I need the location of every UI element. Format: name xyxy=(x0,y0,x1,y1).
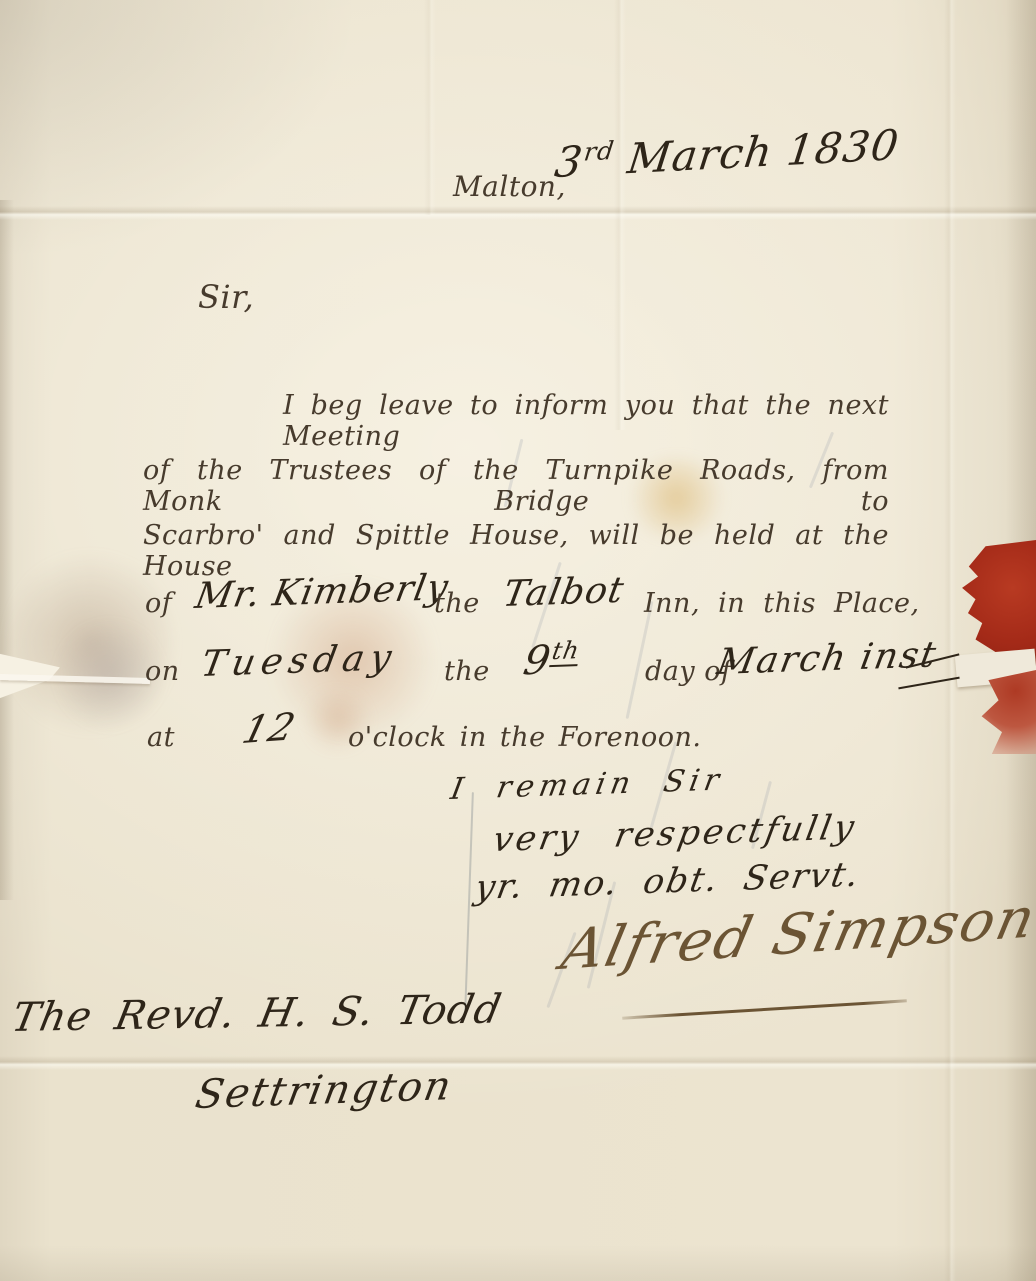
dateline-day-suffix: rd xyxy=(582,136,616,167)
dateline-month: March xyxy=(625,127,776,183)
closing-line-2: very respectfully xyxy=(490,807,860,860)
body-line-6-printed-at: at xyxy=(147,722,175,753)
dateline-date: 3rd March 1830 xyxy=(552,120,902,187)
fold-crease-top xyxy=(0,206,1036,220)
wax-seal-main xyxy=(952,540,1036,666)
body-line-5-hand-date-number: 9th xyxy=(520,636,582,684)
body-line-5-printed-the: the xyxy=(444,656,490,687)
body-line-6-printed-oclock: o'clock in the Forenoon. xyxy=(348,722,701,753)
body-line-3: Scarbro' and Spittle House, will be held… xyxy=(143,520,889,582)
body-line-5-printed-on: on xyxy=(145,656,180,687)
address-line-1: The Revd. H. S. Todd xyxy=(8,987,506,1041)
dateline-place: Malton, xyxy=(453,170,566,203)
body-line-4-printed-of: of xyxy=(145,588,172,619)
edge-shade-top-left xyxy=(0,0,360,260)
body-line-6-hand-hour: 12 xyxy=(238,705,301,752)
dateline-day-number: 3 xyxy=(552,137,586,187)
signature-underline xyxy=(622,999,907,1019)
fold-crease-vertical-left xyxy=(424,0,436,215)
letter-document: Malton, 3rd March 1830 Sir, I beg leave … xyxy=(0,0,1036,1281)
address-line-2: Settrington xyxy=(192,1063,456,1118)
body-line-4-printed-the: the xyxy=(434,588,480,619)
dateline-year: 1830 xyxy=(784,120,902,175)
edge-shade-bottom xyxy=(0,1245,1036,1281)
closing-line-3: yr. mo. obt. Servt. xyxy=(472,855,864,908)
wax-seal xyxy=(950,540,1036,760)
fold-crease-bottom xyxy=(0,1056,1036,1070)
closing-line-1: I remain Sir xyxy=(448,763,727,807)
body-line-4-printed-place: Inn, in this Place, xyxy=(644,588,920,619)
body-line-4-hand-inn-name: Talbot xyxy=(500,570,627,615)
date-suffix: th xyxy=(550,636,583,667)
body-line-5-hand-month: March inst xyxy=(714,634,941,683)
body-line-1: I beg leave to inform you that the next … xyxy=(283,390,889,452)
body-line-5-hand-day: Tuesday xyxy=(198,637,400,685)
salutation: Sir, xyxy=(198,278,254,316)
body-line-2: of the Trustees of the Turnpike Roads, f… xyxy=(143,455,889,517)
edge-shade-left xyxy=(0,200,14,900)
fold-crease-vertical-mid xyxy=(614,0,626,430)
